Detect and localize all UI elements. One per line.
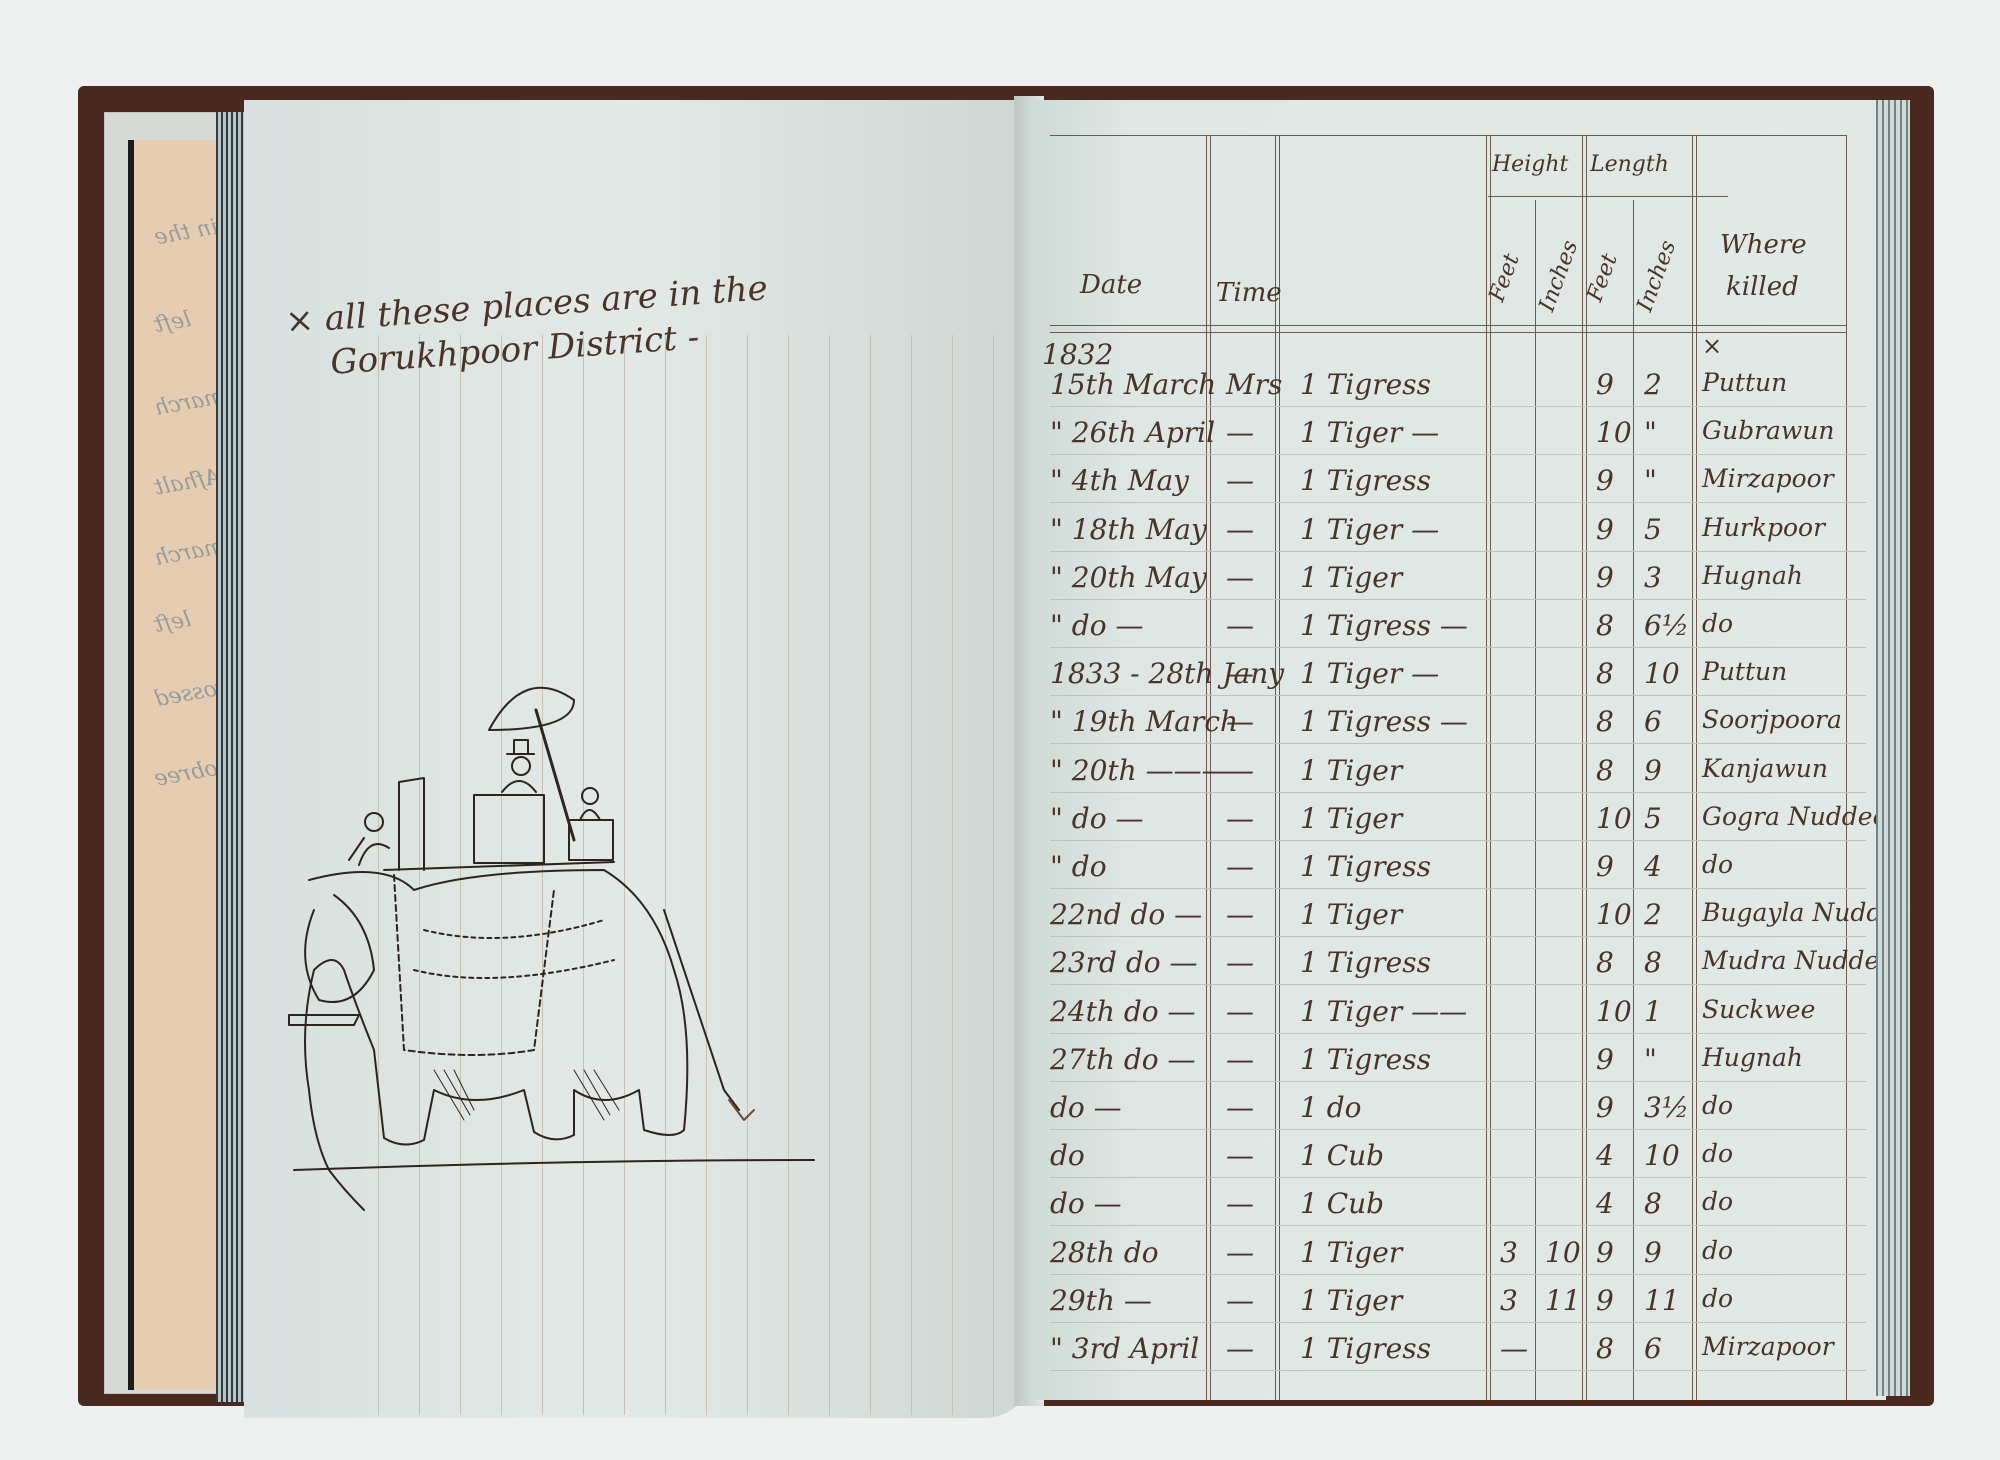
col-rule: [1696, 135, 1697, 1400]
cell-time: —: [1226, 705, 1254, 738]
cell-animal: 1 Cub: [1300, 1187, 1384, 1220]
row-rule: [1050, 1177, 1866, 1178]
cell-l-ft: 4: [1596, 1139, 1614, 1172]
header-length: Length: [1590, 152, 1669, 177]
cell-where: Mirzapoor: [1702, 1332, 1834, 1361]
cell-l-ft: 10: [1596, 898, 1632, 931]
cell-l-in: 6: [1644, 705, 1662, 738]
col-rule: [1275, 135, 1276, 1400]
cell-date: do: [1050, 1139, 1085, 1172]
cell-animal: 1 Tigress: [1300, 1043, 1431, 1076]
cell-date: " 18th May: [1050, 513, 1207, 546]
cell-time: —: [1226, 416, 1254, 449]
row-rule: [1050, 743, 1866, 744]
cell-date: 15th March: [1050, 368, 1216, 401]
cell-time: —: [1226, 513, 1254, 546]
cell-time: —: [1226, 995, 1254, 1028]
cell-animal: 1 Tigress: [1300, 368, 1431, 401]
cell-where: do: [1702, 1187, 1733, 1216]
cell-date: " do —: [1050, 609, 1143, 642]
cell-l-ft: 10: [1596, 416, 1632, 449]
cell-time: Mrs: [1226, 368, 1282, 401]
cell-l-in: 10: [1644, 1139, 1680, 1172]
cell-l-in: 3½: [1644, 1091, 1689, 1124]
header-killed: killed: [1726, 272, 1799, 302]
header-height: Height: [1492, 152, 1568, 177]
cell-animal: 1 Tiger: [1300, 754, 1402, 787]
col-rule: [1490, 135, 1491, 1400]
cell-time: —: [1226, 464, 1254, 497]
cell-l-ft: 9: [1596, 1043, 1614, 1076]
col-rule: [1586, 135, 1587, 1400]
cell-l-in: 8: [1644, 1187, 1662, 1220]
cell-animal: 1 Tiger —: [1300, 513, 1439, 546]
cell-date: " 20th ———: [1050, 754, 1230, 787]
cell-where: Suckwee: [1702, 995, 1815, 1024]
cell-l-in: 11: [1644, 1284, 1680, 1317]
row-rule: [1050, 695, 1866, 696]
row-rule: [1050, 1274, 1866, 1275]
header-rule: [1050, 325, 1846, 326]
col-rule: [1486, 135, 1487, 1400]
cell-l-in: ": [1644, 1043, 1657, 1076]
cell-animal: 1 Tiger ——: [1300, 995, 1467, 1028]
year-1832: 1832: [1042, 338, 1113, 371]
header-height-inches: Inches: [1535, 237, 1584, 315]
header-time: Time: [1216, 278, 1282, 308]
right-page-ledger: Date Time Height Length Feet Inches Feet…: [1030, 100, 1886, 1400]
cell-l-ft: 9: [1596, 513, 1614, 546]
cell-time: —: [1226, 1043, 1254, 1076]
cell-where: Hugnah: [1702, 561, 1803, 590]
row-rule: [1050, 1370, 1866, 1371]
cell-l-in: 3: [1644, 561, 1662, 594]
cell-date: 28th do: [1050, 1236, 1159, 1269]
row-rule: [1050, 502, 1866, 503]
cell-l-ft: 9: [1596, 1284, 1614, 1317]
cell-date: do —: [1050, 1187, 1122, 1220]
cell-animal: 1 Tiger —: [1300, 416, 1439, 449]
row-rule: [1050, 406, 1866, 407]
cell-where: Soorjpoora: [1702, 705, 1842, 734]
cell-date: 22nd do —: [1050, 898, 1202, 931]
cell-where: do: [1702, 1236, 1733, 1265]
col-rule: [1535, 200, 1536, 1400]
ledger-table: Date Time Height Length Feet Inches Feet…: [1030, 100, 1886, 1400]
cell-animal: 1 Tigress: [1300, 1332, 1431, 1365]
cell-h-ft: —: [1500, 1332, 1528, 1365]
row-rule: [1050, 1129, 1866, 1130]
col-rule: [1582, 135, 1583, 1400]
cell-h-in: 10: [1545, 1236, 1581, 1269]
col-rule: [1846, 135, 1847, 1400]
cell-l-in: 2: [1644, 898, 1662, 931]
cell-l-ft: 10: [1596, 995, 1632, 1028]
row-rule: [1050, 454, 1866, 455]
cell-l-in: 5: [1644, 513, 1662, 546]
cell-animal: 1 Cub: [1300, 1139, 1384, 1172]
cell-l-ft: 10: [1596, 802, 1632, 835]
cell-where: do: [1702, 609, 1733, 638]
row-rule: [1050, 984, 1866, 985]
header-length-feet: Feet: [1583, 250, 1623, 305]
cell-animal: 1 Tiger —: [1300, 657, 1439, 690]
cell-animal: 1 Tigress: [1300, 464, 1431, 497]
cell-where: Puttun: [1702, 657, 1787, 686]
cell-where: do: [1702, 1091, 1733, 1120]
cell-time: —: [1226, 657, 1254, 690]
cell-l-in: 1: [1644, 995, 1662, 1028]
cell-time: —: [1226, 609, 1254, 642]
cell-l-ft: 8: [1596, 609, 1614, 642]
cell-date: do —: [1050, 1091, 1122, 1124]
cell-l-ft: 8: [1596, 1332, 1614, 1365]
page-edges-right: [1876, 100, 1910, 1396]
cell-l-in: ": [1644, 464, 1657, 497]
cell-date: " do —: [1050, 802, 1143, 835]
cell-l-ft: 4: [1596, 1187, 1614, 1220]
left-page: × all these places are in the Gorukhpoor…: [244, 100, 1024, 1418]
cell-l-in: 9: [1644, 1236, 1662, 1269]
cell-time: —: [1226, 802, 1254, 835]
row-rule: [1050, 840, 1866, 841]
col-rule: [1633, 200, 1634, 1400]
cell-l-in: 4: [1644, 850, 1662, 883]
cell-l-in: 6: [1644, 1332, 1662, 1365]
header-length-inches: Inches: [1633, 237, 1682, 315]
cell-h-ft: 3: [1500, 1284, 1518, 1317]
elephant-sketch: [274, 670, 834, 1290]
cell-where: Gogra Nuddee: [1702, 802, 1887, 831]
cell-time: —: [1226, 850, 1254, 883]
cell-time: —: [1226, 561, 1254, 594]
cell-animal: 1 Tigress: [1300, 850, 1431, 883]
cell-where: Hugnah: [1702, 1043, 1803, 1072]
cell-l-in: ": [1644, 416, 1657, 449]
cell-time: —: [1226, 1139, 1254, 1172]
cell-animal: 1 Tigress: [1300, 946, 1431, 979]
cell-animal: 1 Tiger: [1300, 1284, 1402, 1317]
cell-animal: 1 Tigress —: [1300, 705, 1468, 738]
cell-l-in: 8: [1644, 946, 1662, 979]
cell-l-ft: 9: [1596, 368, 1614, 401]
cell-date: " do: [1050, 850, 1107, 883]
cell-where: do: [1702, 1139, 1733, 1168]
cell-where: Kanjawun: [1702, 754, 1828, 783]
row-rule: [1050, 1033, 1866, 1034]
cell-time: —: [1226, 1332, 1254, 1365]
cell-h-ft: 3: [1500, 1236, 1518, 1269]
cell-time: —: [1226, 1284, 1254, 1317]
row-rule: [1050, 1225, 1866, 1226]
row-rule: [1050, 647, 1866, 648]
cell-l-ft: 8: [1596, 657, 1614, 690]
cell-date: " 4th May: [1050, 464, 1189, 497]
cell-animal: 1 do: [1300, 1091, 1362, 1124]
cell-l-in: 2: [1644, 368, 1662, 401]
cell-where: Mirzapoor: [1702, 464, 1834, 493]
cell-l-ft: 8: [1596, 705, 1614, 738]
cell-date: 27th do —: [1050, 1043, 1196, 1076]
cell-where: do: [1702, 850, 1733, 879]
col-rule: [1279, 135, 1280, 1400]
cell-l-in: 10: [1644, 657, 1680, 690]
cell-date: 23rd do —: [1050, 946, 1198, 979]
cell-where: Hurkpoor: [1702, 513, 1825, 542]
cell-where: Puttun: [1702, 368, 1787, 397]
page-edges-left: [216, 112, 246, 1402]
cell-date: " 26th April: [1050, 416, 1215, 449]
cell-animal: 1 Tiger: [1300, 898, 1402, 931]
cell-l-in: 9: [1644, 754, 1662, 787]
col-rule: [1692, 135, 1693, 1400]
cell-animal: 1 Tiger: [1300, 1236, 1402, 1269]
row-rule: [1050, 792, 1866, 793]
cell-time: —: [1226, 754, 1254, 787]
cell-time: —: [1226, 898, 1254, 931]
cell-animal: 1 Tiger: [1300, 561, 1402, 594]
mirror-text: left: [152, 607, 193, 638]
top-rule: [1050, 135, 1846, 136]
cell-l-ft: 9: [1596, 464, 1614, 497]
cell-time: —: [1226, 1091, 1254, 1124]
cell-l-in: 6½: [1644, 609, 1689, 642]
cell-l-ft: 9: [1596, 561, 1614, 594]
row-rule: [1050, 1322, 1866, 1323]
cell-l-ft: 8: [1596, 754, 1614, 787]
cell-animal: 1 Tiger: [1300, 802, 1402, 835]
cell-l-ft: 9: [1596, 1236, 1614, 1269]
mirror-text: in the: [152, 215, 220, 251]
header-rule-double: [1050, 332, 1846, 333]
cell-date: " 19th March: [1050, 705, 1238, 738]
row-rule: [1050, 936, 1866, 937]
cell-animal: 1 Tigress —: [1300, 609, 1468, 642]
cell-date: 24th do —: [1050, 995, 1196, 1028]
cell-date: " 20th May: [1050, 561, 1207, 594]
cell-where: Gubrawun: [1702, 416, 1835, 445]
cell-time: —: [1226, 946, 1254, 979]
cell-h-in: 11: [1545, 1284, 1581, 1317]
cell-date: 29th —: [1050, 1284, 1152, 1317]
cell-l-ft: 9: [1596, 1091, 1614, 1124]
cell-where: Mudra Nuddee: [1702, 946, 1894, 975]
cell-l-in: 5: [1644, 802, 1662, 835]
row-rule: [1050, 599, 1866, 600]
header-where: Where: [1720, 230, 1807, 260]
cell-l-ft: 9: [1596, 850, 1614, 883]
cell-l-ft: 8: [1596, 946, 1614, 979]
cell-date: " 3rd April: [1050, 1332, 1199, 1365]
header-date: Date: [1080, 270, 1142, 300]
row-rule: [1050, 1081, 1866, 1082]
mirror-text: left: [152, 307, 193, 338]
cell-time: —: [1226, 1236, 1254, 1269]
row-rule: [1050, 551, 1866, 552]
place-note-mark: ×: [1702, 332, 1722, 360]
cell-where: do: [1702, 1284, 1733, 1313]
mirror-text: Afhalt: [152, 464, 222, 500]
row-rule: [1050, 888, 1866, 889]
cell-time: —: [1226, 1187, 1254, 1220]
